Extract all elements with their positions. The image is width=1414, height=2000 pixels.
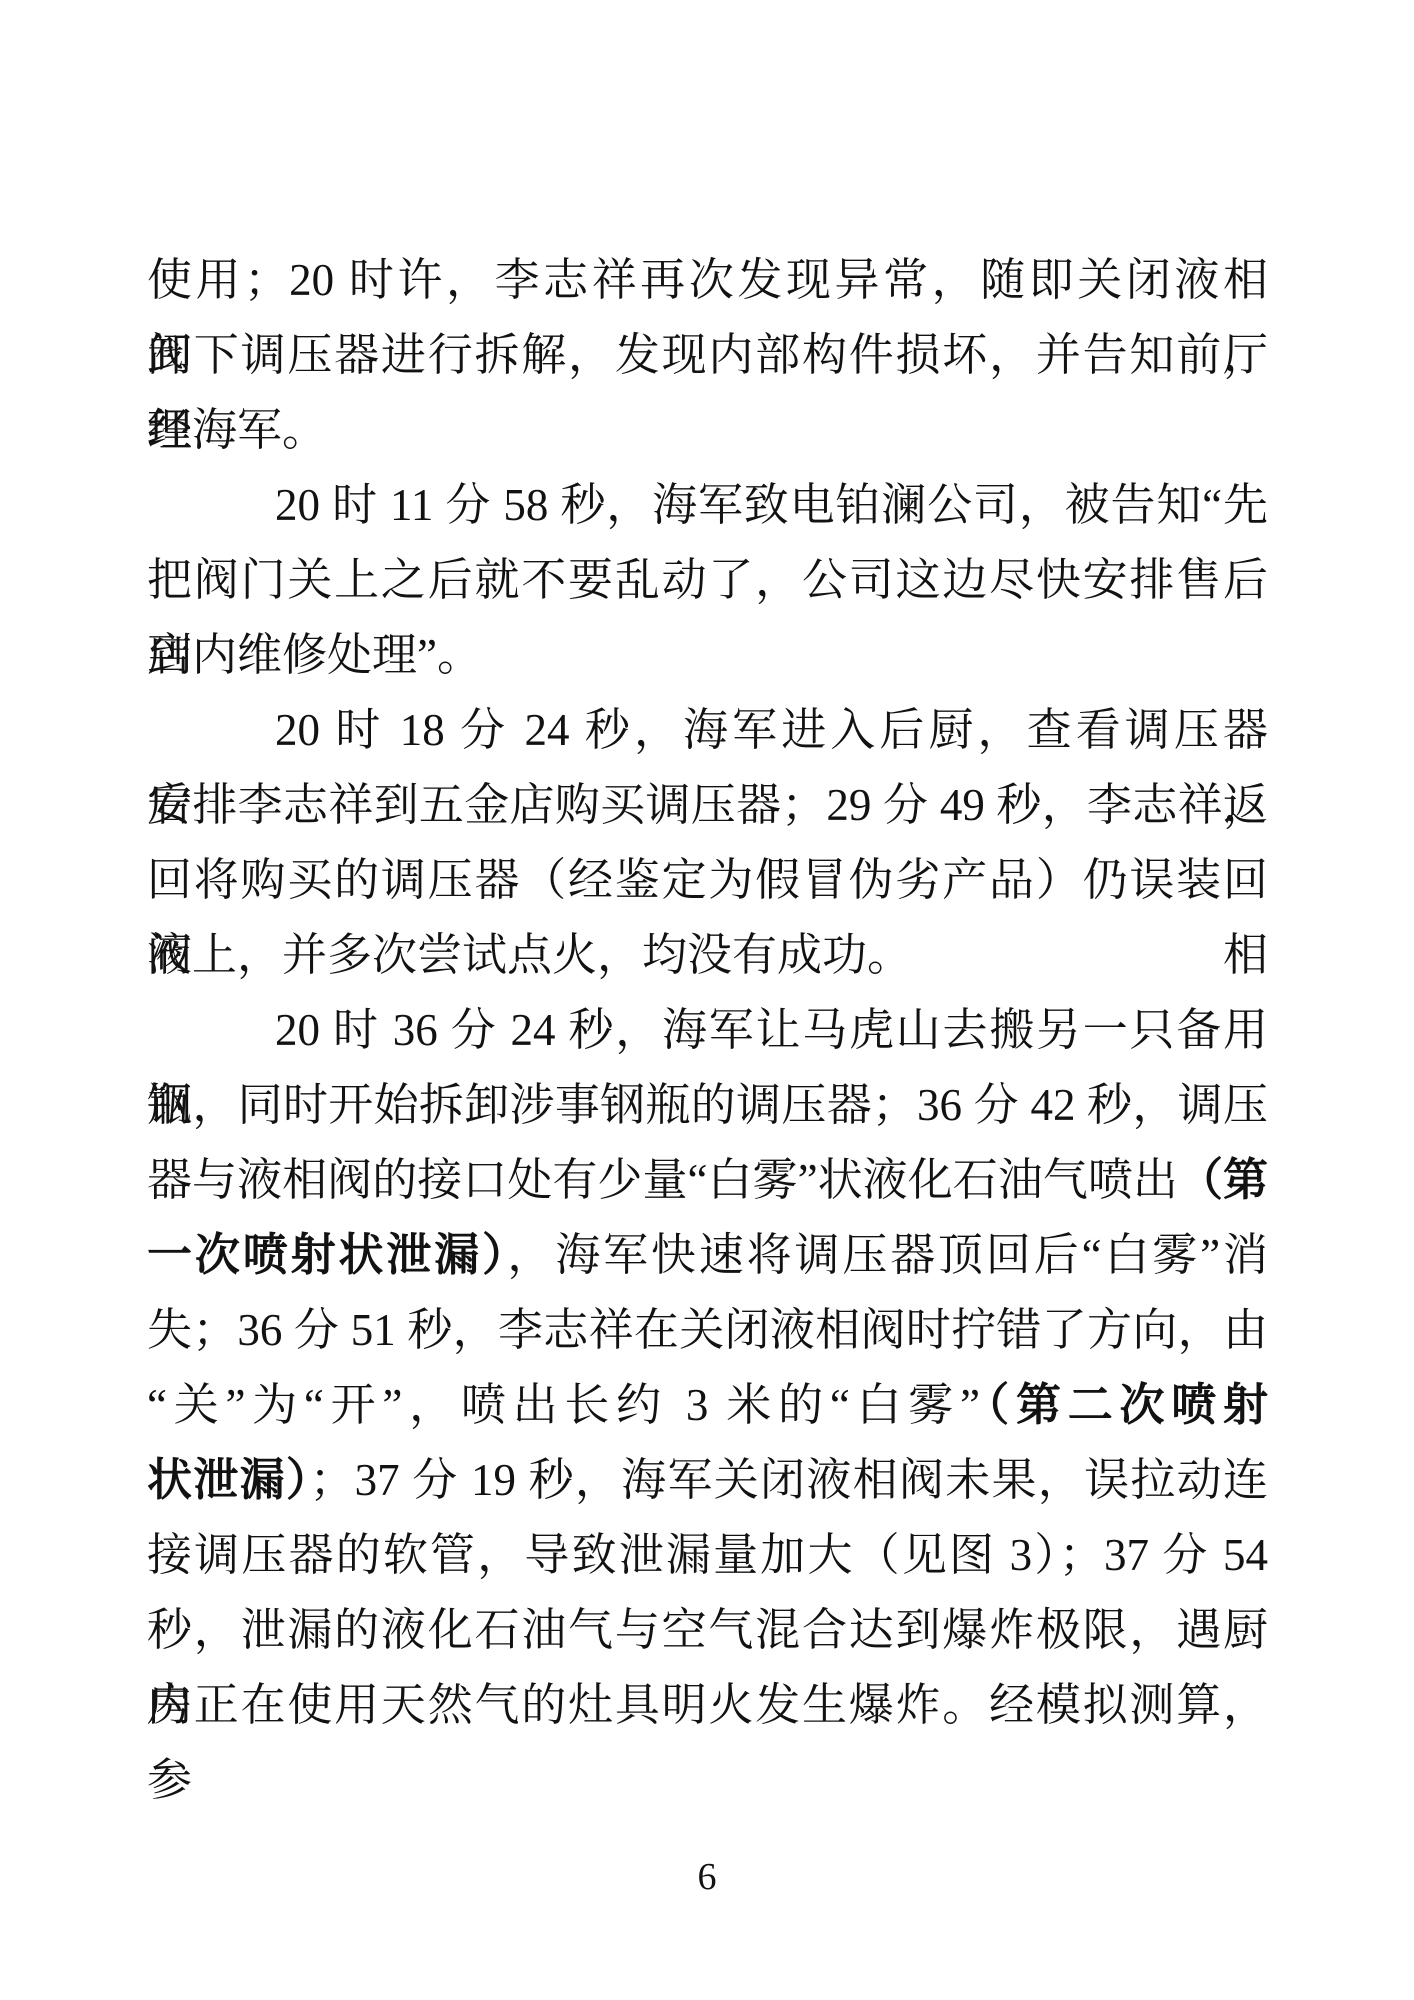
text-line: 安排李志祥到五金店购买调压器；29 分 49 秒，李志祥返 [147,768,1268,843]
text-line: 20 时 36 分 24 秒，海军让马虎山去搬另一只备用钢 [147,993,1268,1068]
body-text: 20 时 11 分 58 秒，海军致电铂澜公司，被告知“先 [275,480,1268,530]
body-text: ；37 分 54 [1059,1530,1268,1580]
body-text: ；37 分 19 秒，海军关闭液相阀未果，误拉动连 [310,1455,1268,1505]
text-line: 失；36 分 51 秒，李志祥在关闭液相阀时拧错了方向，由 [147,1293,1268,1368]
text-line: 店内维修处理”。 [147,618,1268,693]
body-text: 接调压器的软管，导致泄漏量加大 [147,1530,855,1580]
text-line: 器与液相阀的接口处有少量“白雾”状液化石油气喷出（第 [147,1143,1268,1218]
body-text: 失；36 分 51 秒，李志祥在关闭液相阀时拧错了方向，由 [147,1305,1268,1355]
annotation-text: 状泄漏） [147,1455,310,1505]
body-text: 安排李志祥到五金店购买调压器；29 分 49 秒，李志祥返 [147,780,1268,830]
text-line: 接调压器的软管，导致泄漏量加大（见图 3）；37 分 54 [147,1518,1268,1593]
body-text: 理海军。 [147,405,327,455]
body-text: “关”为“开”，喷出长约 3 米的“白雾” [147,1380,980,1430]
text-line: 20 时 11 分 58 秒，海军致电铂澜公司，被告知“先 [147,468,1268,543]
text-line: 状泄漏）；37 分 19 秒，海军关闭液相阀未果，误拉动连 [147,1443,1268,1518]
body-text: 器与液相阀的接口处有少量“白雾”状液化石油气喷出 [147,1155,1178,1205]
text-line: 一次喷射状泄漏），海军快速将调压器顶回后“白雾”消 [147,1218,1268,1293]
text-line: 卸下调压器进行拆解，发现内部构件损坏，并告知前厅经 [147,318,1268,393]
annotation-text: （见图 3） [855,1530,1059,1580]
text-line: 理海军。 [147,393,1268,468]
text-line: 20 时 18 分 24 秒，海军进入后厨，查看调压器后， [147,693,1268,768]
text-line: 使用；20 时许，李志祥再次发现异常，随即关闭液相阀， [147,243,1268,318]
annotation-text: 一次喷射状泄漏） [147,1230,507,1280]
annotation-text: （经鉴定为假冒伪劣产品） [521,855,1082,905]
text-line: “关”为“开”，喷出长约 3 米的“白雾”（第二次喷射 [147,1368,1268,1443]
body-text: 内正在使用天然气的灶具明火发生爆炸。经模拟测算，参 [147,1680,1268,1805]
text-line: 把阀门关上之后就不要乱动了，公司这边尽快安排售后到 [147,543,1268,618]
body-text: 瓶，同时开始拆卸涉事钢瓶的调压器；36 分 42 秒，调压 [147,1080,1268,1130]
text-line: 回将购买的调压器（经鉴定为假冒伪劣产品）仍误装回液相 [147,843,1268,918]
document-body: 使用；20 时许，李志祥再次发现异常，随即关闭液相阀，卸下调压器进行拆解，发现内… [147,243,1268,1743]
body-text: 店内维修处理”。 [147,630,482,680]
annotation-text: （第 [1178,1155,1268,1205]
page-number: 6 [0,1852,1414,1902]
body-text: ，海军快速将调压器顶回后“白雾”消 [507,1230,1268,1280]
text-line: 瓶，同时开始拆卸涉事钢瓶的调压器；36 分 42 秒，调压 [147,1068,1268,1143]
document-page: 使用；20 时许，李志祥再次发现异常，随即关闭液相阀，卸下调压器进行拆解，发现内… [0,0,1414,2000]
text-line: 秒，泄漏的液化石油气与空气混合达到爆炸极限，遇厨房 [147,1593,1268,1668]
text-line: 内正在使用天然气的灶具明火发生爆炸。经模拟测算，参 [147,1668,1268,1743]
body-text: 阀上，并多次尝试点火，均没有成功。 [147,930,912,980]
annotation-text: （第二次喷射 [980,1380,1268,1430]
body-text: 回将购买的调压器 [147,855,521,905]
